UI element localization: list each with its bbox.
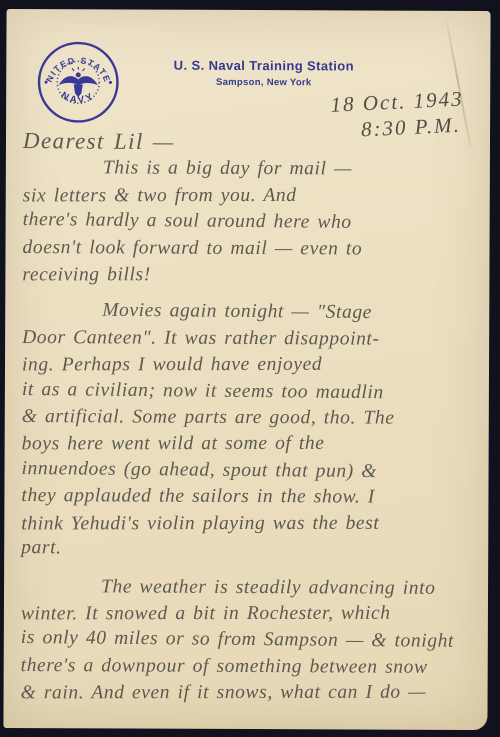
handwritten-line: & rain. And even if it snows, what can I…	[21, 680, 482, 707]
salutation-line: Dearest Lil —	[23, 128, 484, 158]
handwritten-line: This is a big day for mail —	[23, 155, 484, 183]
handwritten-line: think Yehudi's violin playing was the be…	[21, 510, 482, 537]
navy-seal: UNITED STATES NAVY	[36, 40, 120, 124]
letterhead-location: Sampson, New York	[166, 77, 361, 89]
handwritten-line: Movies again tonight — "Stage	[22, 297, 483, 327]
letterhead-block: U. S. Naval Training Station Sampson, Ne…	[166, 58, 361, 89]
handwritten-line: innuendoes (go ahead, spout that pun) &	[21, 456, 482, 486]
letter-page: UNITED STATES NAVY U. S. Naval Training …	[3, 9, 490, 730]
handwritten-line: The weather is steadily advancing into	[21, 574, 482, 602]
handwritten-line: there's a downpour of something between …	[21, 653, 482, 681]
handwritten-line: ing. Perhaps I would have enjoyed	[22, 352, 483, 379]
handwritten-line: & artificial. Some parts are good, tho. …	[22, 404, 483, 432]
handwritten-line: Door Canteen". It was rather disappoint-	[22, 325, 483, 353]
handwritten-line: winter. It snowed a bit in Rochester, wh…	[21, 601, 482, 628]
letter-body: Dearest Lil — This is a big day for mail…	[21, 129, 485, 708]
handwritten-line: receiving bills!	[22, 262, 483, 289]
handwritten-line: boys here went wild at some of the	[22, 431, 483, 458]
scanned-letter-photo: { "letterhead": { "seal": { "top_text": …	[0, 0, 500, 737]
handwritten-line: part.	[21, 535, 482, 565]
handwritten-line: they applauded the sailors in the show. …	[21, 483, 482, 511]
handwritten-line: six letters & two from you. And	[23, 182, 484, 209]
handwritten-line: there's hardly a soul around here who	[23, 207, 484, 237]
handwritten-line: it as a civilian; now it seems too maudl…	[22, 377, 483, 407]
handwritten-line: is only 40 miles or so from Sampson — & …	[21, 625, 482, 655]
handwritten-line: doesn't look forward to mail — even to	[22, 235, 483, 263]
letterhead-station-name: U. S. Naval Training Station	[166, 58, 361, 74]
